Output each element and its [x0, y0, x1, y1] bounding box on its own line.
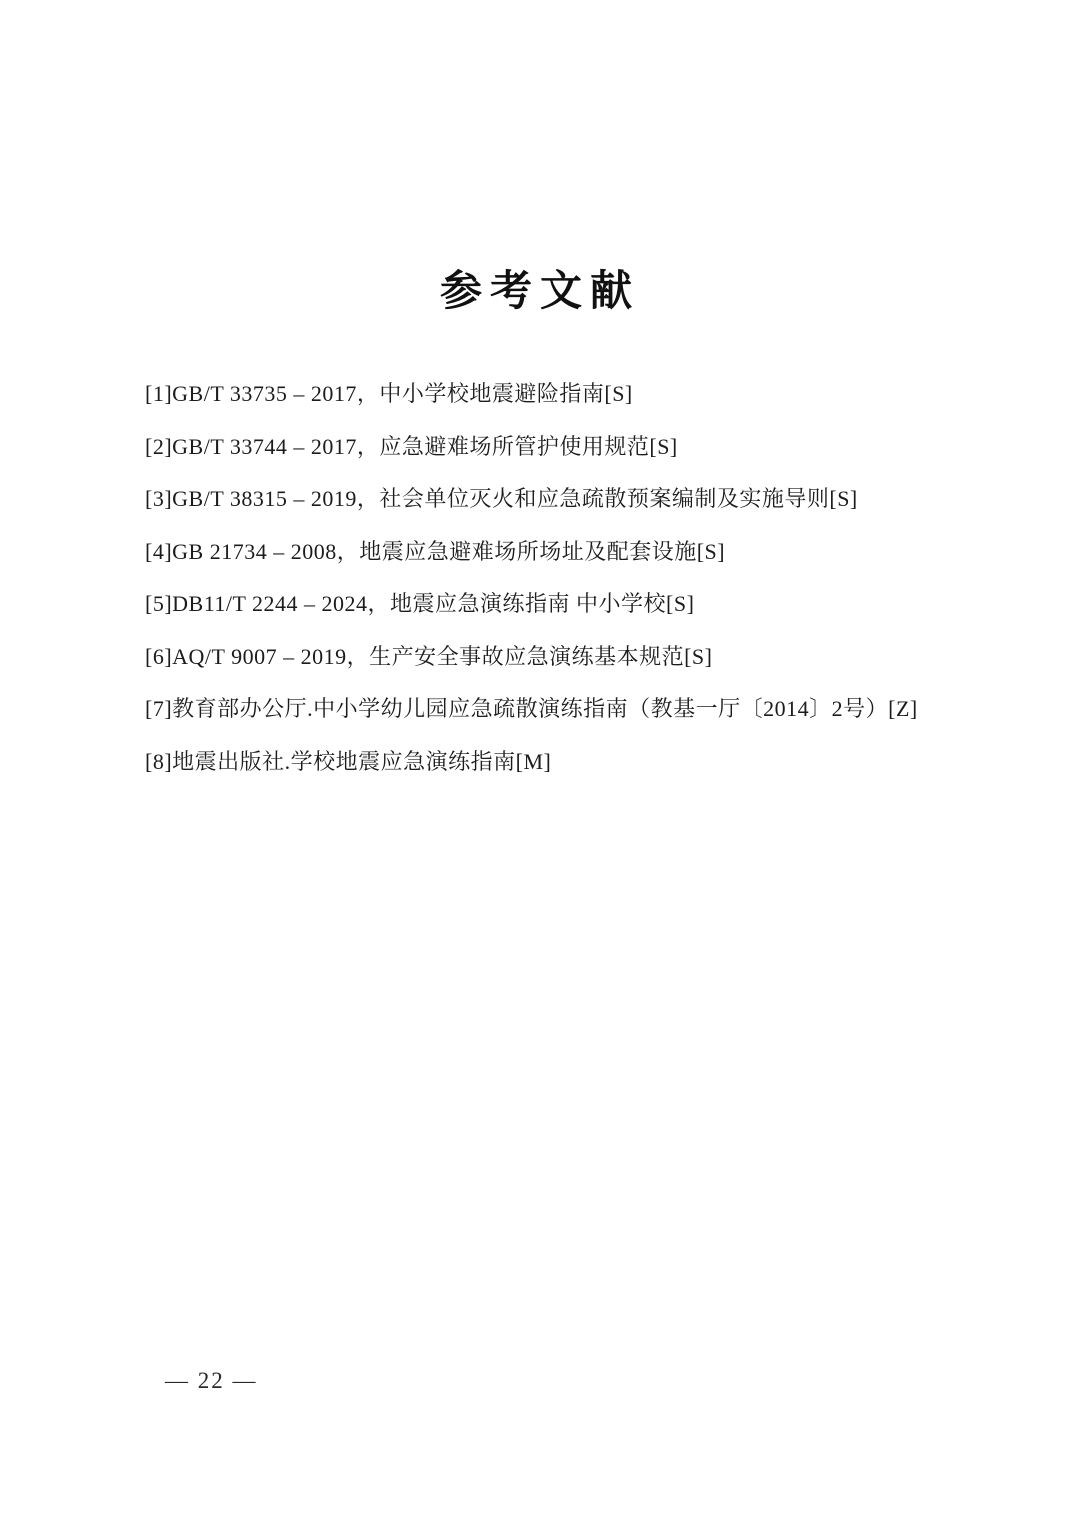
reference-item: [3]GB/T 38315 – 2019，社会单位灭火和应急疏散预案编制及实施导… — [145, 473, 960, 526]
page-number: — 22 — — [165, 1368, 258, 1394]
reference-item: [8]地震出版社.学校地震应急演练指南[M] — [145, 736, 960, 789]
reference-item: [5]DB11/T 2244 – 2024，地震应急演练指南 中小学校[S] — [145, 578, 960, 631]
reference-item: [6]AQ/T 9007 – 2019，生产安全事故应急演练基本规范[S] — [145, 631, 960, 684]
document-page: 参考文献 [1]GB/T 33735 – 2017，中小学校地震避险指南[S] … — [0, 0, 1080, 1527]
reference-item: [1]GB/T 33735 – 2017，中小学校地震避险指南[S] — [145, 368, 960, 421]
page-title: 参考文献 — [0, 258, 1080, 318]
reference-item: [7]教育部办公厅.中小学幼儿园应急疏散演练指南（教基一厅〔2014〕2号）[Z… — [145, 683, 960, 736]
reference-item: [2]GB/T 33744 – 2017，应急避难场所管护使用规范[S] — [145, 421, 960, 474]
reference-item: [4]GB 21734 – 2008，地震应急避难场所场址及配套设施[S] — [145, 526, 960, 579]
reference-list: [1]GB/T 33735 – 2017，中小学校地震避险指南[S] [2]GB… — [145, 368, 960, 788]
